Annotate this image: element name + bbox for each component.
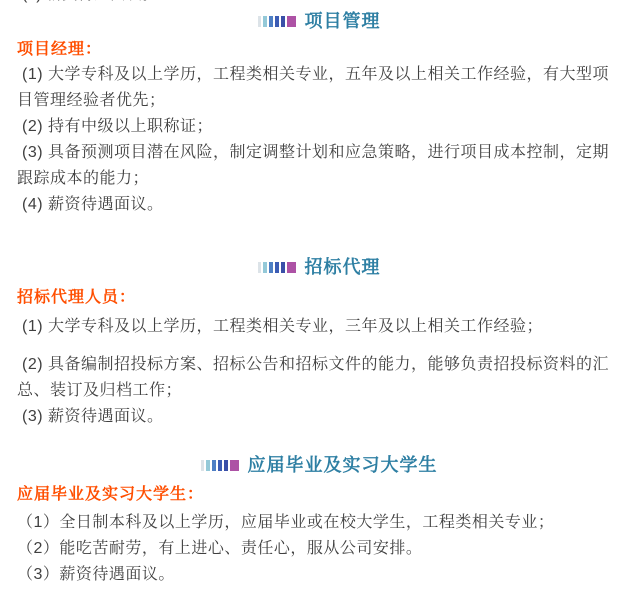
requirement-item: (1) 大学专科及以上学历，工程类相关专业，五年及以上相关工作经验，有大型项目管… bbox=[0, 62, 638, 114]
icon-bar bbox=[263, 16, 267, 27]
requirements-list: (1) 大学专科及以上学历，工程类相关专业，五年及以上相关工作经验，有大型项目管… bbox=[0, 62, 638, 218]
requirement-item: （1）全日制本科及以上学历，应届毕业或在校大学生，工程类相关专业； bbox=[0, 510, 638, 536]
icon-bar bbox=[258, 16, 261, 27]
job-section: 应届毕业及实习大学生 应届毕业及实习大学生： （1）全日制本科及以上学历，应届毕… bbox=[0, 454, 638, 588]
icon-bar bbox=[269, 16, 273, 27]
icon-bar bbox=[218, 460, 222, 471]
icon-bar bbox=[281, 262, 285, 273]
job-section: 项目管理 项目经理： (1) 大学专科及以上学历，工程类相关专业，五年及以上相关… bbox=[0, 10, 638, 218]
requirement-item: （3）薪资待遇面议。 bbox=[0, 562, 638, 588]
clipped-previous-line: (4) 薪资待遇面议。 bbox=[0, 0, 638, 7]
requirements-list: （1）全日制本科及以上学历，应届毕业或在校大学生，工程类相关专业；（2）能吃苦耐… bbox=[0, 510, 638, 588]
requirement-item: (1) 大学专科及以上学历，工程类相关专业，三年及以上相关工作经验； bbox=[0, 314, 638, 340]
clipped-text: (4) 薪资待遇面议。 bbox=[22, 0, 638, 5]
requirement-item: （2）能吃苦耐劳，有上进心、责任心，服从公司安排。 bbox=[0, 536, 638, 562]
section-header: 招标代理 bbox=[0, 256, 638, 278]
icon-bar bbox=[287, 262, 296, 273]
role-heading: 项目经理： bbox=[0, 40, 638, 60]
job-section: 招标代理 招标代理人员： (1) 大学专科及以上学历，工程类相关专业，三年及以上… bbox=[0, 256, 638, 430]
section-title: 应届毕业及实习大学生 bbox=[248, 454, 438, 476]
gradient-bars-icon bbox=[258, 16, 296, 27]
role-heading: 招标代理人员： bbox=[0, 288, 638, 308]
gradient-bars-icon bbox=[258, 262, 296, 273]
icon-bar bbox=[230, 460, 239, 471]
icon-bar bbox=[269, 262, 273, 273]
icon-bar bbox=[275, 16, 279, 27]
requirement-item: (2) 持有中级以上职称证； bbox=[0, 114, 638, 140]
sections-container: 项目管理 项目经理： (1) 大学专科及以上学历，工程类相关专业，五年及以上相关… bbox=[0, 10, 638, 588]
role-heading: 应届毕业及实习大学生： bbox=[0, 485, 638, 505]
icon-bar bbox=[263, 262, 267, 273]
section-header: 应届毕业及实习大学生 bbox=[0, 454, 638, 476]
requirements-list: (1) 大学专科及以上学历，工程类相关专业，三年及以上相关工作经验；(2) 具备… bbox=[0, 314, 638, 430]
icon-bar bbox=[287, 16, 296, 27]
section-title: 项目管理 bbox=[305, 10, 381, 32]
icon-bar bbox=[275, 262, 279, 273]
icon-bar bbox=[201, 460, 204, 471]
requirement-item: (4) 薪资待遇面议。 bbox=[0, 192, 638, 218]
job-posting-page: (4) 薪资待遇面议。 项目管理 项目经理： (1) 大学专科及以上学历，工程类… bbox=[0, 0, 638, 595]
icon-bar bbox=[224, 460, 228, 471]
icon-bar bbox=[206, 460, 210, 471]
requirement-item: (3) 薪资待遇面议。 bbox=[0, 404, 638, 430]
icon-bar bbox=[212, 460, 216, 471]
icon-bar bbox=[281, 16, 285, 27]
requirement-item: (2) 具备编制招投标方案、招标公告和招标文件的能力，能够负责招投标资料的汇总、… bbox=[0, 352, 638, 404]
gradient-bars-icon bbox=[201, 460, 239, 471]
icon-bar bbox=[258, 262, 261, 273]
section-header: 项目管理 bbox=[0, 10, 638, 32]
section-title: 招标代理 bbox=[305, 256, 381, 278]
requirement-item: (3) 具备预测项目潜在风险，制定调整计划和应急策略，进行项目成本控制，定期跟踪… bbox=[0, 140, 638, 192]
